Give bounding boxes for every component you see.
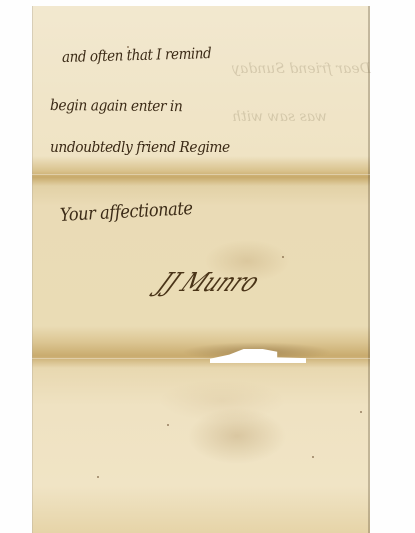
fold-line-upper [32, 174, 370, 175]
foxing-speck [97, 476, 99, 478]
letter-line-2: begin again enter in [50, 96, 183, 115]
bleed-through-text: was saw with [232, 109, 327, 125]
letter-line-3: undoubtedly friend Regime [50, 138, 230, 156]
foxing-speck [167, 424, 169, 426]
signature: JJ Munro [151, 268, 265, 298]
foxing-speck [360, 411, 362, 413]
foxing-speck [312, 456, 314, 458]
foxing-speck [282, 256, 284, 258]
scanned-page: Dear friend Sunday was saw with and ofte… [0, 0, 415, 533]
bleed-through-text: Dear friend Sunday [232, 61, 371, 77]
